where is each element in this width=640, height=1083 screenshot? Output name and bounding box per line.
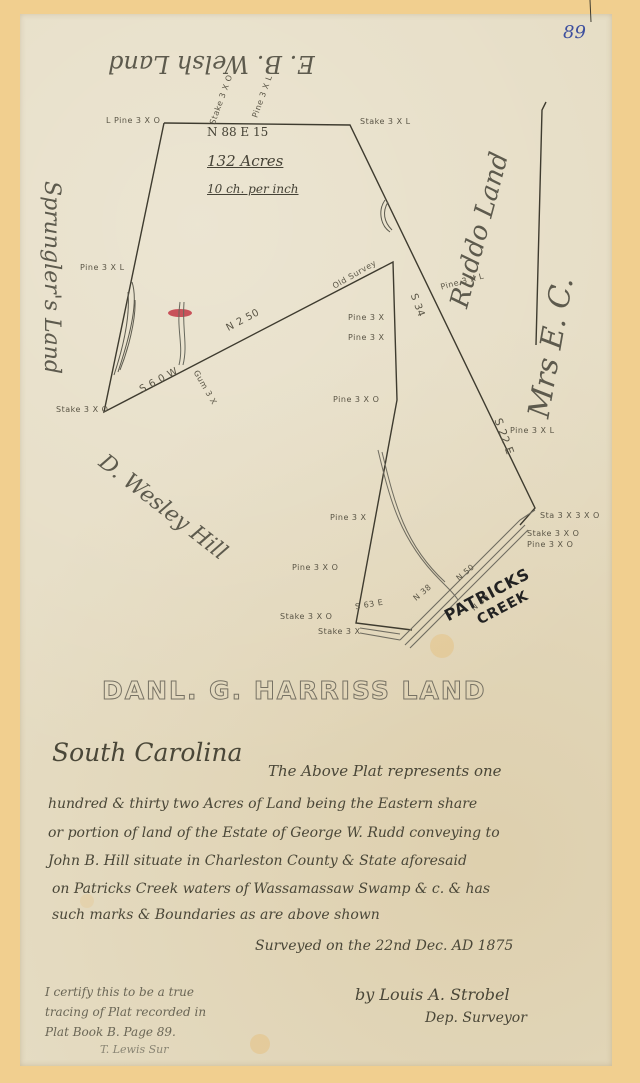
- top-bearing-label: N 88 E 15: [207, 125, 268, 139]
- red-marker: [168, 309, 192, 317]
- description-line: hundred & thirty two Acres of Land being…: [48, 796, 477, 812]
- owner-label-left: Sprungler's Land: [39, 181, 64, 374]
- corner-mark: Pine 3 X: [348, 333, 385, 342]
- branch-stream-drawing: [378, 450, 458, 600]
- corner-mark: Pine 3 X L: [80, 263, 125, 272]
- plat-title: DANL. G. HARRISS LAND: [102, 676, 487, 705]
- margin-line: [590, 0, 591, 22]
- surveyor-signature: by Louis A. Strobel: [355, 985, 510, 1004]
- corner-mark: Stake 3 X O: [527, 529, 579, 538]
- marsh-hatching: [114, 200, 392, 375]
- description-line: John B. Hill situate in Charleston Count…: [48, 853, 467, 869]
- description-line: The Above Plat represents one: [268, 762, 502, 780]
- corner-mark: Stake 3 X O: [280, 612, 332, 621]
- surveyor-title: Dep. Surveyor: [425, 1010, 527, 1026]
- corner-mark: Pine 3 X O: [292, 563, 338, 572]
- corner-mark: Pine 3 X: [348, 313, 385, 322]
- corner-mark: Stake 3 X O: [56, 405, 108, 414]
- certification-line: I certify this to be a true: [45, 985, 194, 999]
- certification-line: Plat Book B. Page 89.: [45, 1025, 176, 1039]
- corner-mark: Sta 3 X 3 X O: [540, 511, 600, 520]
- description-line: such marks & Boundaries as are above sho…: [52, 907, 380, 923]
- survey-date: Surveyed on the 22nd Dec. AD 1875: [255, 938, 513, 954]
- page-number: 89: [563, 22, 586, 43]
- corner-mark: L Pine 3 X O: [106, 116, 160, 125]
- owner-label-top: E. B. Welsh Land: [108, 50, 315, 78]
- scale-label: 10 ch. per inch: [207, 182, 299, 196]
- corner-mark: Pine 3 X L: [510, 426, 555, 435]
- state-heading: South Carolina: [52, 738, 242, 767]
- corner-mark: Stake 3 X: [318, 627, 361, 636]
- certification-signature: T. Lewis Sur: [100, 1043, 168, 1056]
- area-label: 132 Acres: [207, 152, 283, 170]
- description-line: on Patricks Creek waters of Wassamassaw …: [52, 881, 490, 897]
- corner-mark: Stake 3 X L: [360, 117, 411, 126]
- corner-mark: Pine 3 X: [330, 513, 367, 522]
- description-line: or portion of land of the Estate of Geor…: [48, 825, 500, 841]
- certification-line: tracing of Plat recorded in: [45, 1005, 206, 1019]
- tract-boundary-west: [104, 123, 412, 630]
- corner-mark: Pine 3 X O: [333, 395, 379, 404]
- corner-mark: Pine 3 X O: [527, 540, 573, 549]
